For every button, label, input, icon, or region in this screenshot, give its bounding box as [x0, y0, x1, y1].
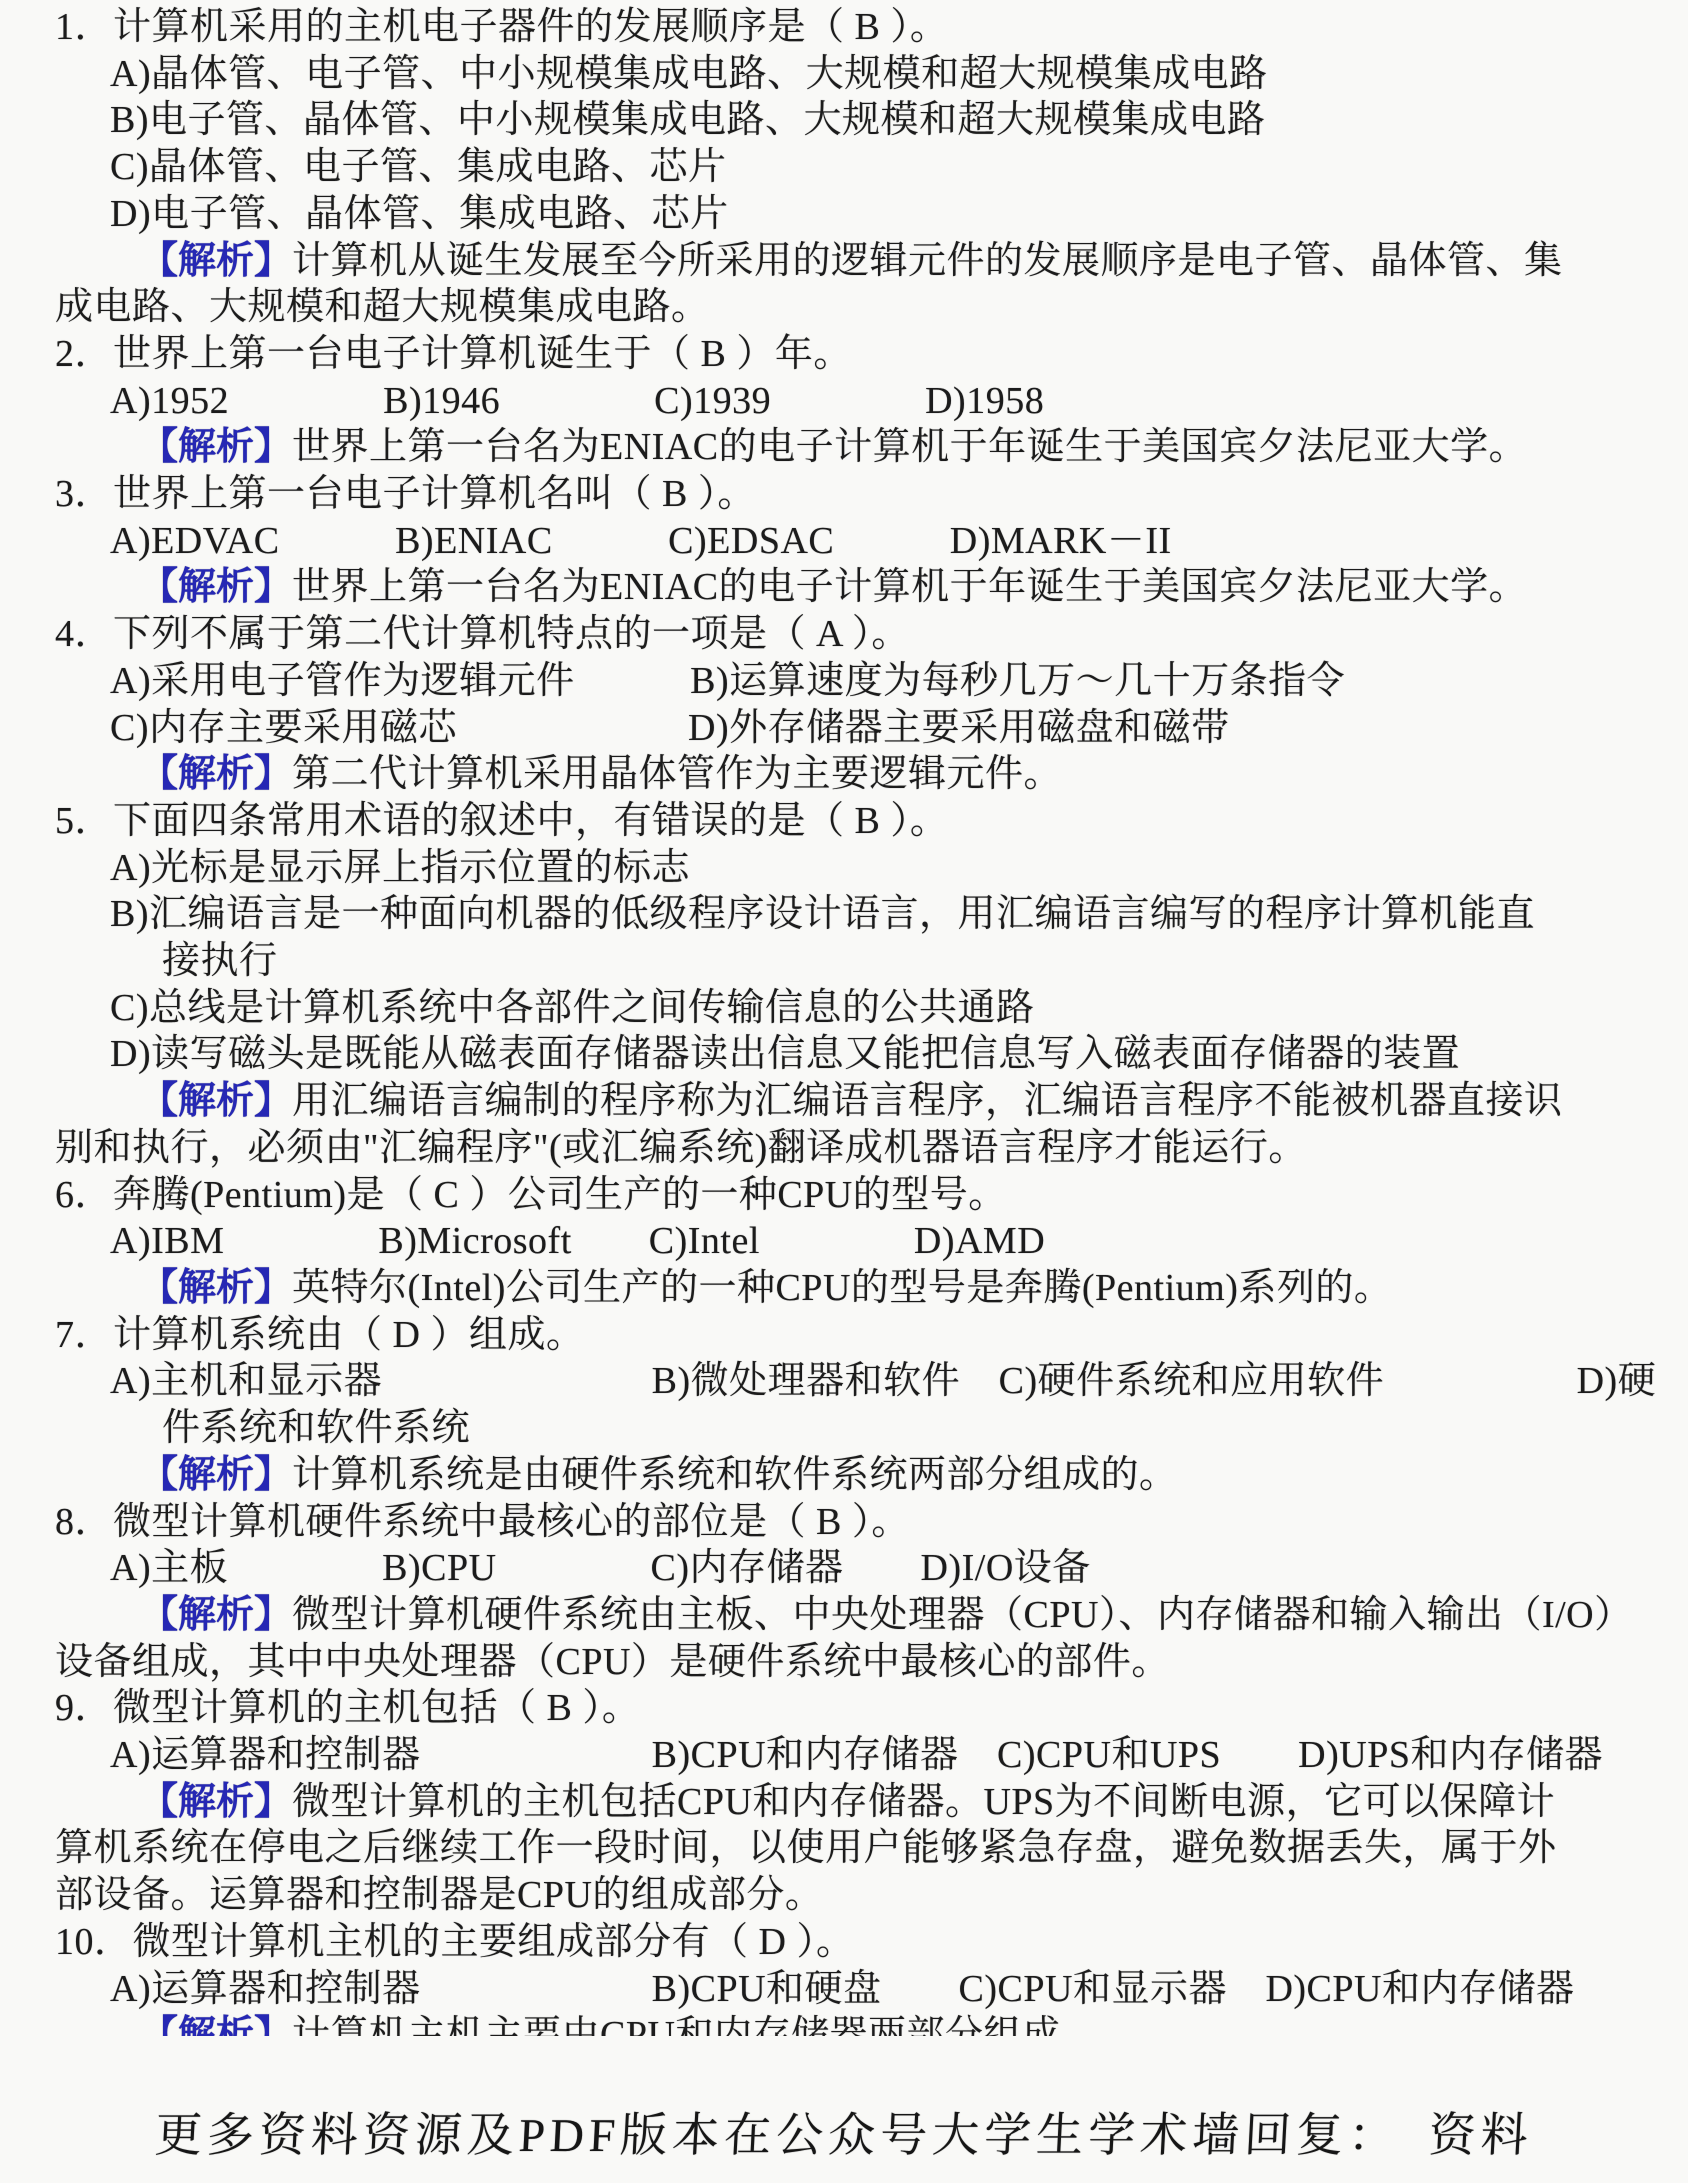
document-line: C)内存主要采用磁芯 D)外存储器主要采用磁盘和磁带 [0, 705, 1688, 752]
analysis-line: 【解析】微型计算机硬件系统由主板、中央处理器（CPU）、内存储器和输入输出（I/… [0, 1592, 1688, 1639]
footer-note: 更多资料资源及PDF版本在公众号大学生学术墙回复： 资料 [0, 2098, 1688, 2165]
document-line: 5．下面四条常用术语的叙述中，有错误的是（ B ）。 [0, 798, 1688, 845]
document-line: D)读写磁头是既能从磁表面存储器读出信息又能把信息写入磁表面存储器的装置 [0, 1031, 1688, 1078]
document-page: 1．计算机采用的主机电子器件的发展顺序是（ B ）。A)晶体管、电子管、中小规模… [0, 0, 1688, 2183]
document-line: 6．奔腾(Pentium)是（ C ）公司生产的一种CPU的型号。 [0, 1172, 1688, 1219]
document-line: 部设备。运算器和控制器是CPU的组成部分。 [0, 1872, 1688, 1919]
analysis-tag: 【解析】 [140, 426, 292, 468]
document-line: A)运算器和控制器 B)CPU和硬盘 C)CPU和显示器 D)CPU和内存储器 [0, 1966, 1688, 2013]
analysis-tag: 【解析】 [140, 240, 292, 282]
analysis-tag: 【解析】 [140, 1781, 292, 1823]
analysis-line: 【解析】世界上第一台名为ENIAC的电子计算机于年诞生于美国宾夕法尼亚大学。 [0, 424, 1688, 471]
document-line: A)主机和显示器 B)微处理器和软件 C)硬件系统和应用软件 D)硬 [0, 1358, 1688, 1405]
analysis-line: 【解析】第二代计算机采用晶体管作为主要逻辑元件。 [0, 751, 1688, 798]
document-line: 3．世界上第一台电子计算机名叫（ B ）。 [0, 471, 1688, 518]
analysis-line: 【解析】计算机主机主要由CPU和内存储器两部分组成 [0, 2012, 1688, 2036]
document-body: 1．计算机采用的主机电子器件的发展顺序是（ B ）。A)晶体管、电子管、中小规模… [0, 4, 1688, 2036]
document-line: A)运算器和控制器 B)CPU和内存储器 C)CPU和UPS D)UPS和内存储… [0, 1732, 1688, 1779]
document-line: A)晶体管、电子管、中小规模集成电路、大规模和超大规模集成电路 [0, 51, 1688, 98]
analysis-line: 【解析】计算机从诞生发展至今所采用的逻辑元件的发展顺序是电子管、晶体管、集 [0, 238, 1688, 285]
analysis-tag: 【解析】 [140, 2014, 292, 2036]
analysis-line: 【解析】英特尔(Intel)公司生产的一种CPU的型号是奔腾(Pentium)系… [0, 1265, 1688, 1312]
document-line: 设备组成，其中中央处理器（CPU）是硬件系统中最核心的部件。 [0, 1639, 1688, 1686]
document-line: A)1952 B)1946 C)1939 D)1958 [0, 378, 1688, 425]
document-line: 别和执行，必须由"汇编程序"(或汇编系统)翻译成机器语言程序才能运行。 [0, 1125, 1688, 1172]
analysis-tag: 【解析】 [140, 1454, 292, 1496]
document-line: 10．微型计算机主机的主要组成部分有（ D ）。 [0, 1919, 1688, 1966]
analysis-line: 【解析】微型计算机的主机包括CPU和内存储器。UPS为不间断电源，它可以保障计 [0, 1779, 1688, 1826]
analysis-tag: 【解析】 [140, 1267, 292, 1309]
document-line: B)汇编语言是一种面向机器的低级程序设计语言，用汇编语言编写的程序计算机能直 [0, 891, 1688, 938]
analysis-line: 【解析】用汇编语言编制的程序称为汇编语言程序，汇编语言程序不能被机器直接识 [0, 1078, 1688, 1125]
document-line: 4．下列不属于第二代计算机特点的一项是（ A ）。 [0, 611, 1688, 658]
analysis-tag: 【解析】 [140, 1594, 292, 1636]
document-line: 1．计算机采用的主机电子器件的发展顺序是（ B ）。 [0, 4, 1688, 51]
document-line: D)电子管、晶体管、集成电路、芯片 [0, 191, 1688, 238]
document-line: 成电路、大规模和超大规模集成电路。 [0, 284, 1688, 331]
document-line: 8．微型计算机硬件系统中最核心的部位是（ B ）。 [0, 1499, 1688, 1546]
analysis-tag: 【解析】 [140, 1080, 292, 1122]
document-line: C)晶体管、电子管、集成电路、芯片 [0, 144, 1688, 191]
document-line: 接执行 [0, 938, 1688, 985]
analysis-tag: 【解析】 [140, 753, 292, 795]
analysis-line: 【解析】计算机系统是由硬件系统和软件系统两部分组成的。 [0, 1452, 1688, 1499]
document-line: 7．计算机系统由（ D ）组成。 [0, 1312, 1688, 1359]
document-line: A)主板 B)CPU C)内存储器 D)I/O设备 [0, 1545, 1688, 1592]
document-line: C)总线是计算机系统中各部件之间传输信息的公共通路 [0, 985, 1688, 1032]
document-line: B)电子管、晶体管、中小规模集成电路、大规模和超大规模集成电路 [0, 97, 1688, 144]
document-line: 2．世界上第一台电子计算机诞生于（ B ）年。 [0, 331, 1688, 378]
document-line: A)采用电子管作为逻辑元件 B)运算速度为每秒几万～几十万条指令 [0, 658, 1688, 705]
document-line: 件系统和软件系统 [0, 1405, 1688, 1452]
document-line: A)光标是显示屏上指示位置的标志 [0, 845, 1688, 892]
analysis-line: 【解析】世界上第一台名为ENIAC的电子计算机于年诞生于美国宾夕法尼亚大学。 [0, 564, 1688, 611]
document-line: A)EDVAC B)ENIAC C)EDSAC D)MARK－II [0, 518, 1688, 565]
document-line: A)IBM B)Microsoft C)Intel D)AMD [0, 1218, 1688, 1265]
document-line: 算机系统在停电之后继续工作一段时间，以使用户能够紧急存盘，避免数据丢失，属于外 [0, 1825, 1688, 1872]
analysis-tag: 【解析】 [140, 566, 292, 608]
document-line: 9．微型计算机的主机包括（ B ）。 [0, 1685, 1688, 1732]
